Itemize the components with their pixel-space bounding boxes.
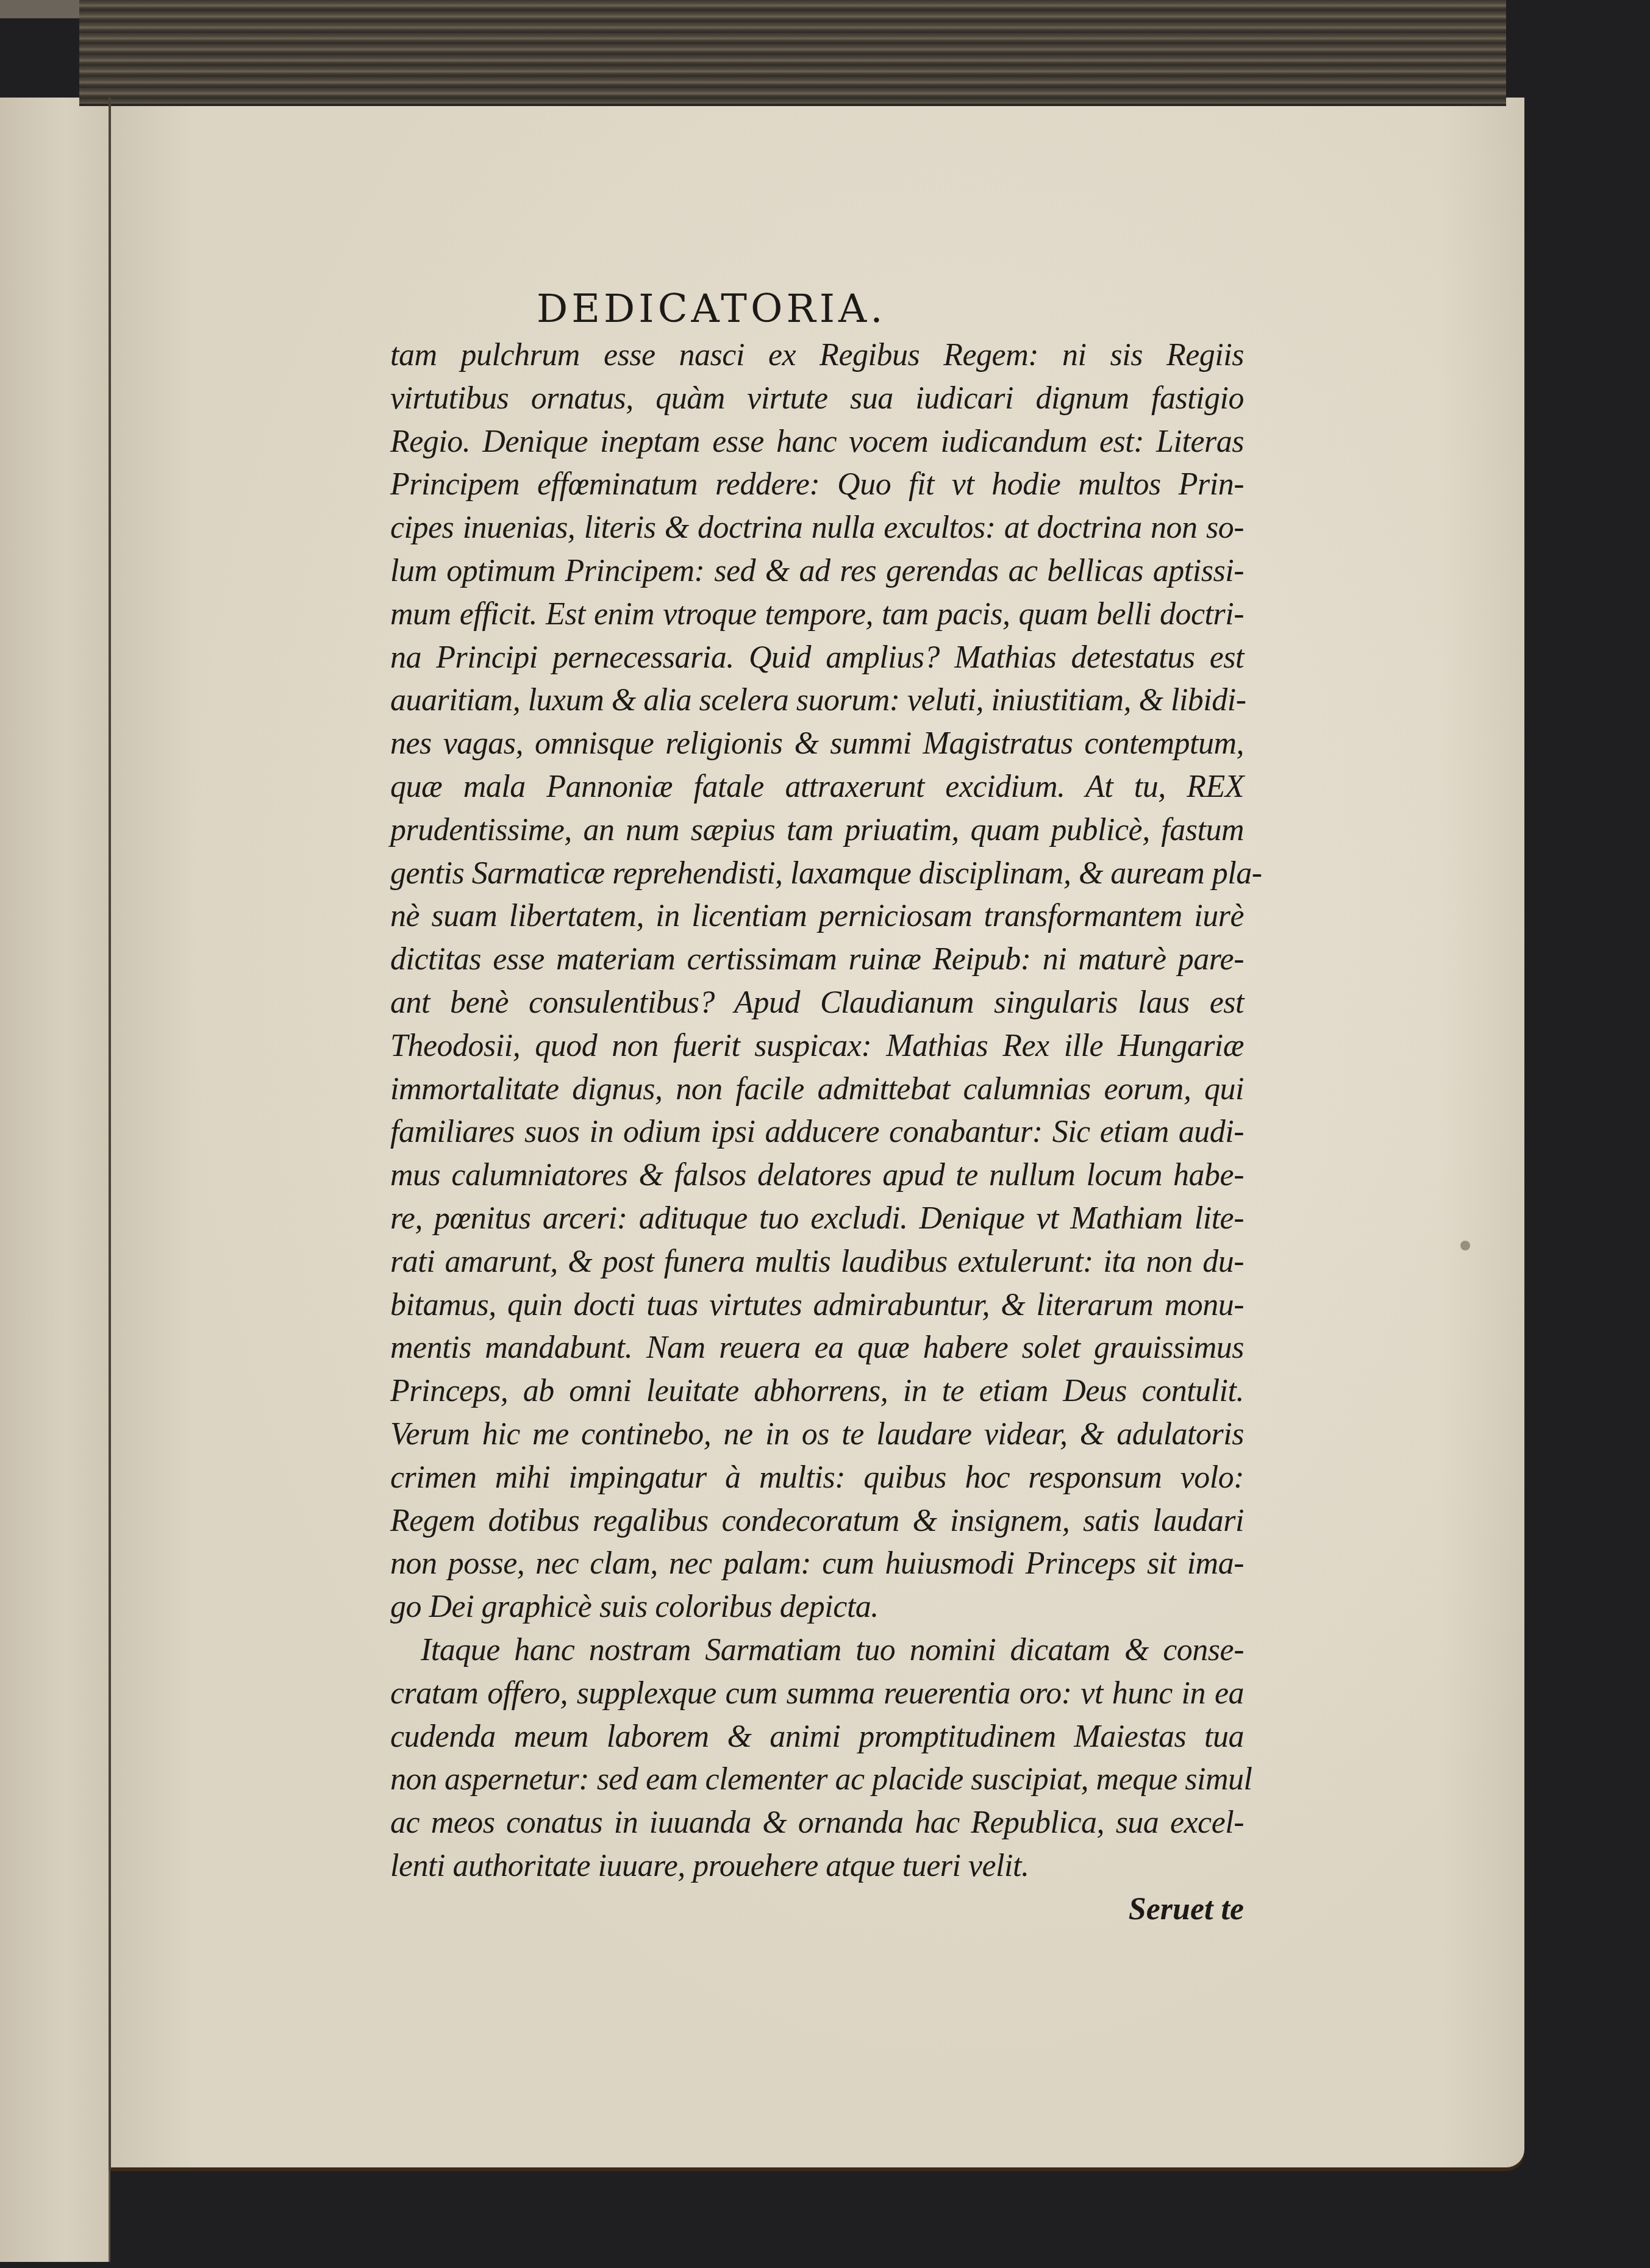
text-line: ac meos conatus in iuuanda & ornanda hac… [390,1802,1244,1845]
text-line: cratam offero, supplexque cum summa reue… [390,1672,1244,1716]
text-line: quæ mala Pannoniæ fatale attraxerunt exc… [390,766,1244,809]
text-line: re, pœnitus arceri: adituque tuo excludi… [390,1197,1244,1241]
text-line: go Dei graphicè suis coloribus depicta. [390,1586,1244,1629]
text-line: prudentissime, an num sæpius tam priuati… [390,809,1244,852]
text-line: mentis mandabunt. Nam reuera ea quæ habe… [390,1327,1244,1370]
text-line: mum efficit. Est enim vtroque tempore, t… [390,593,1244,637]
ink-spot [1460,1241,1470,1250]
running-head: DEDICATORIA. [537,287,1244,332]
text-line: non posse, nec clam, nec palam: cum huiu… [390,1542,1244,1586]
text-line: tam pulchrum esse nasci ex Regibus Regem… [390,334,1244,377]
text-line: auaritiam, luxum & alia scelera suorum: … [390,679,1244,722]
text-line: lum optimum Principem: sed & ad res gere… [390,550,1244,593]
page-block-top-edge [79,0,1506,106]
text-line: mus calumniatores & falsos delatores apu… [390,1154,1244,1197]
text-line: cipes inuenias, literis & doctrina nulla… [390,507,1244,550]
text-line: ant benè consulentibus? Apud Claudianum … [390,982,1244,1025]
text-line: gentis Sarmaticæ reprehendisti, laxamque… [390,852,1244,896]
text-block: DEDICATORIA. tam pulchrum esse nasci ex … [390,287,1244,1931]
text-line: rati amarunt, & post funera multis laudi… [390,1241,1244,1284]
text-line: Regio. Denique ineptam esse hanc vocem i… [390,421,1244,464]
binding-gutter [109,98,111,2170]
left-page-edge [0,98,110,2262]
text-line: nes vagas, omnisque religionis & summi M… [390,722,1244,766]
text-line: Itaque hanc nostram Sarmatiam tuo nomini… [390,1629,1244,1672]
catchword: Seruet te [390,1888,1244,1931]
text-line: immortalitate dignus, non facile admitte… [390,1068,1244,1111]
text-line: cudenda meum laborem & animi promptitudi… [390,1716,1244,1759]
text-line: familiares suos in odium ipsi adducere c… [390,1111,1244,1154]
text-line: Principem effœminatum reddere: Quo fit v… [390,463,1244,507]
text-line: nè suam libertatem, in licentiam pernici… [390,895,1244,938]
text-line: Theodosii, quod non fuerit suspicax: Mat… [390,1025,1244,1068]
text-line: lenti authoritate iuuare, prouehere atqu… [390,1845,1244,1888]
text-line: Regem dotibus regalibus condecoratum & i… [390,1500,1244,1543]
text-line: Verum hic me continebo, ne in os te laud… [390,1413,1244,1457]
text-line: dictitas esse materiam certissimam ruinæ… [390,938,1244,982]
text-line: non aspernetur: sed eam clementer ac pla… [390,1758,1244,1802]
text-line: Princeps, ab omni leuitate abhorrens, in… [390,1370,1244,1413]
text-line: na Principi pernecessaria. Quid amplius?… [390,637,1244,680]
text-line: virtutibus ornatus, quàm virtute sua iud… [390,377,1244,421]
text-line: crimen mihi impingatur à multis: quibus … [390,1457,1244,1500]
text-line: bitamus, quin docti tuas virtutes admira… [390,1284,1244,1327]
